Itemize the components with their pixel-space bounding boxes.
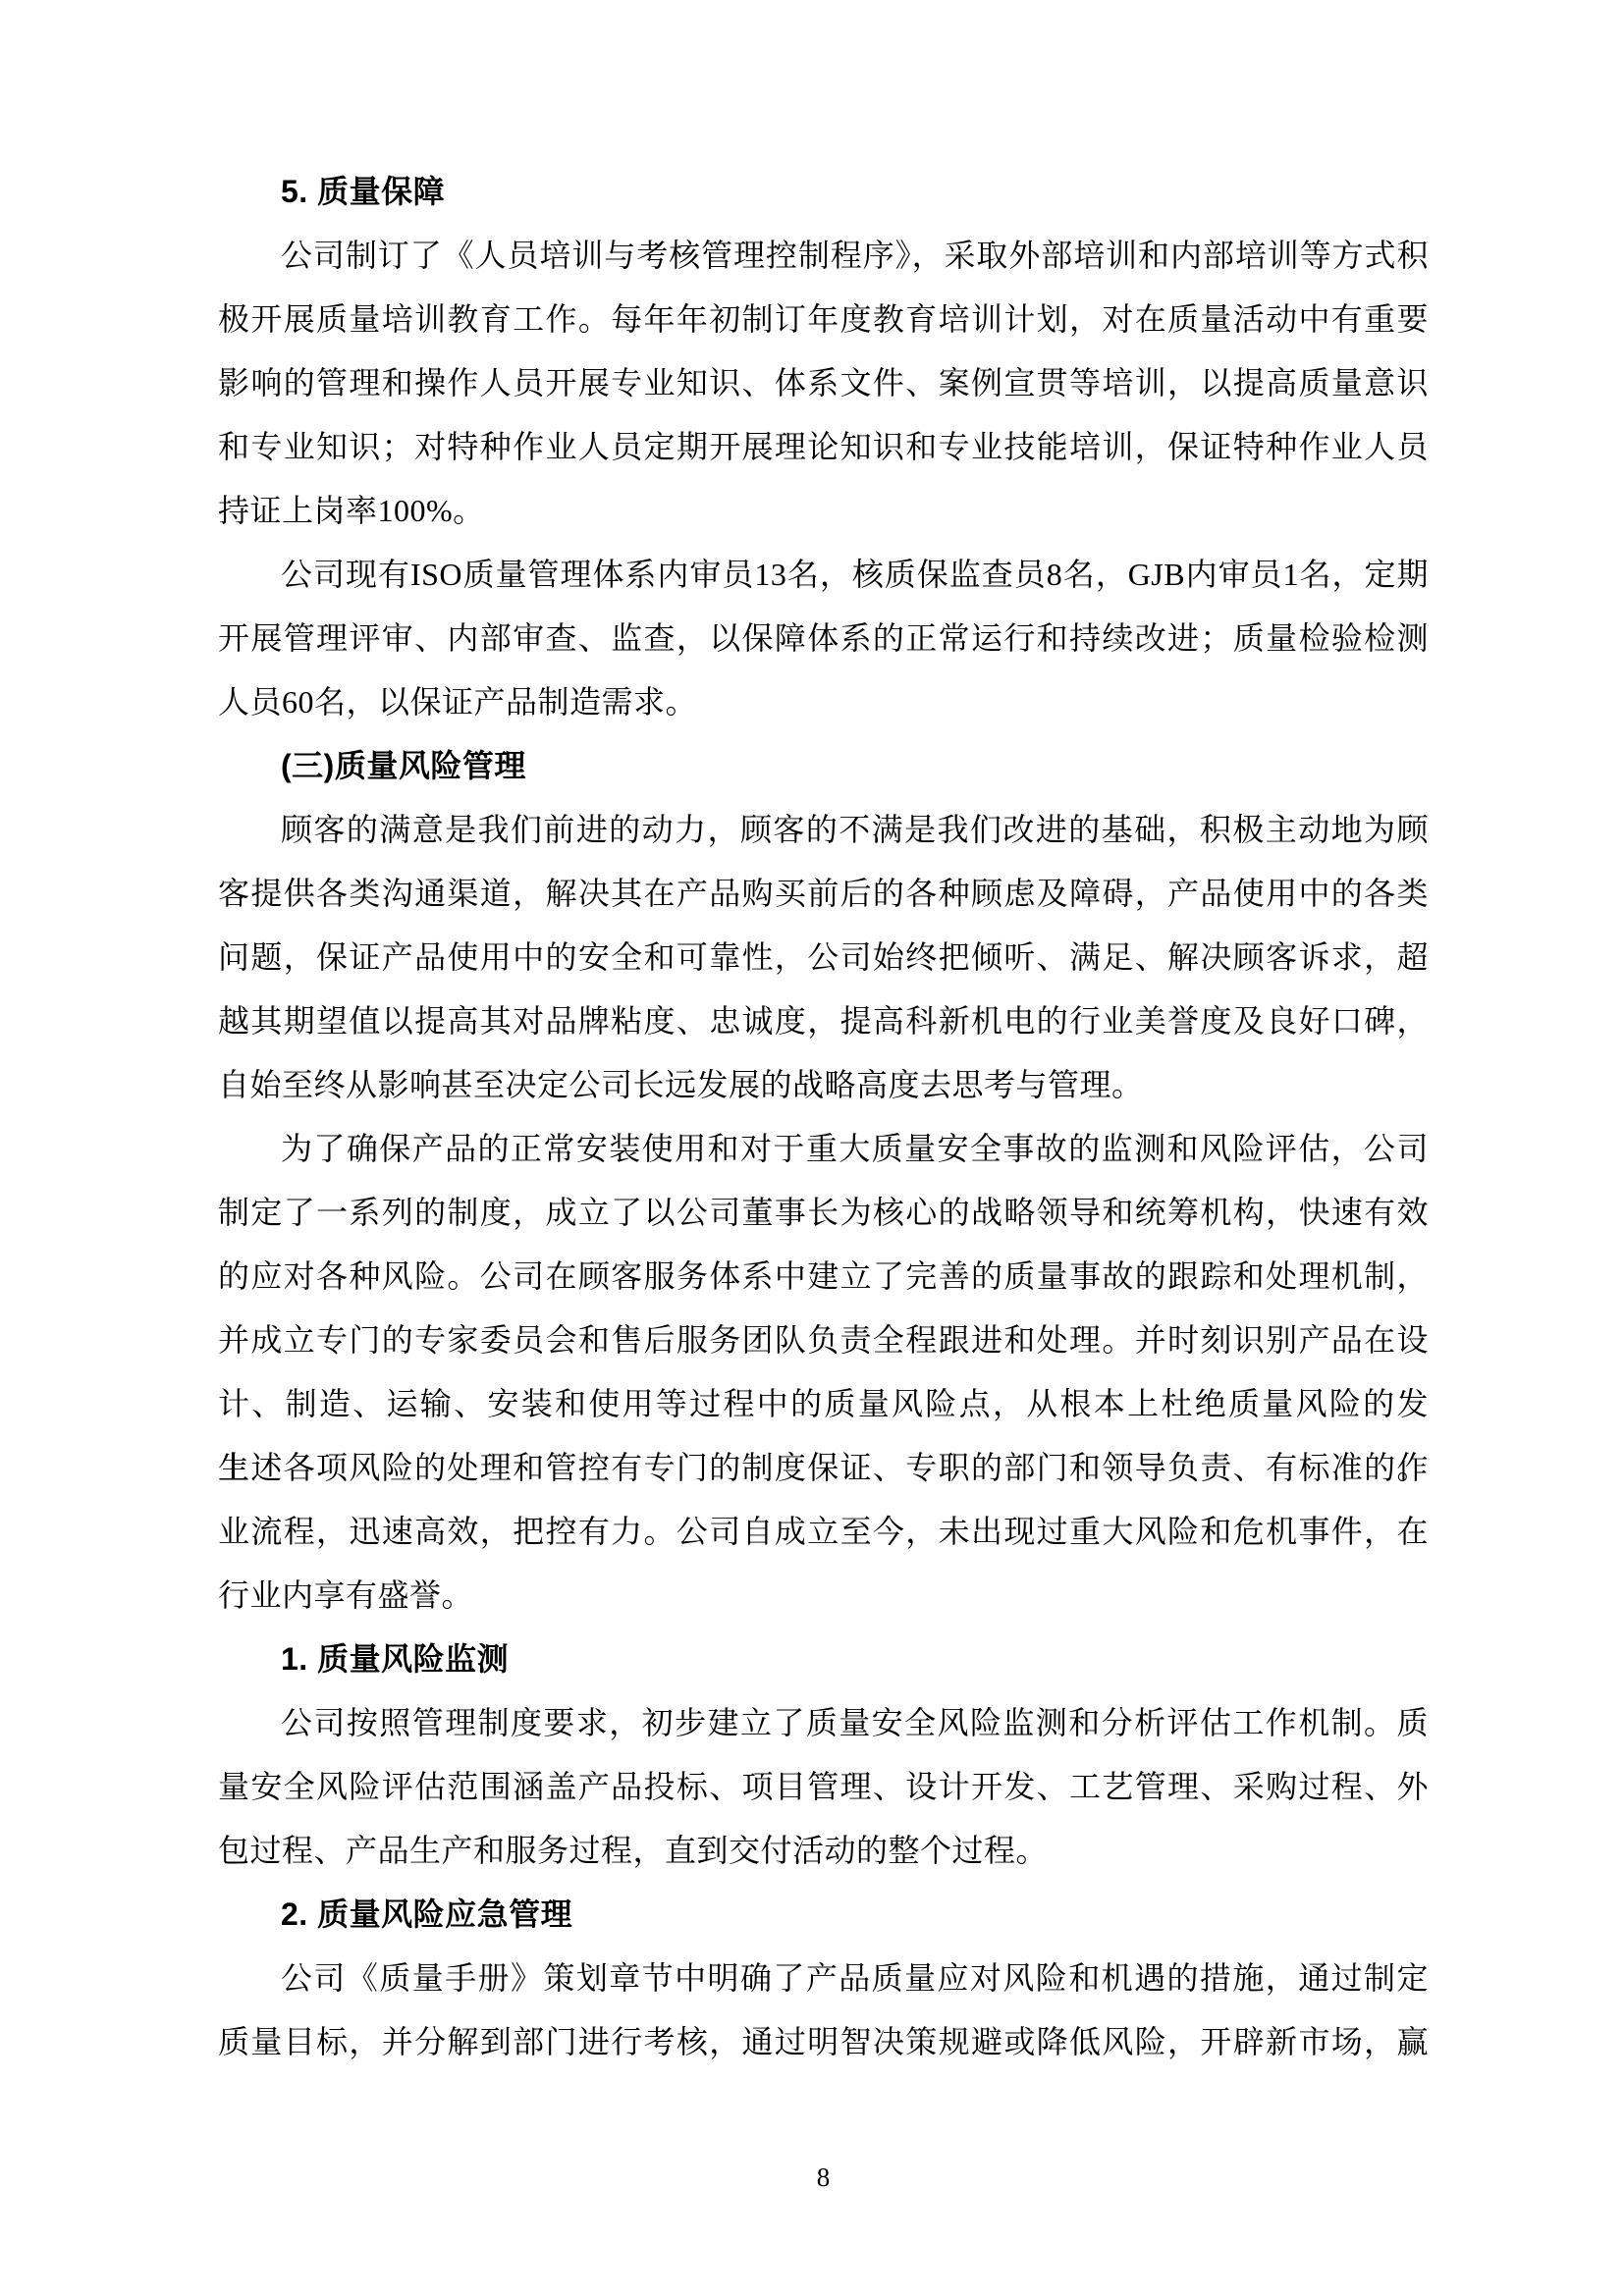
text-line: 公司现有ISO质量管理体系内审员13名，核质保监查员8名，GJB内审员1名，定期 — [218, 543, 1429, 607]
text-line: 包过程、产品生产和服务过程，直到交付活动的整个过程。 — [218, 1819, 1429, 1883]
section-heading: 2. 质量风险应急管理 — [218, 1883, 1429, 1947]
text-line: 顾客的满意是我们前进的动力，顾客的不满是我们改进的基础，积极主动地为顾 — [218, 798, 1429, 862]
text-line: 人员60名，以保证产品制造需求。 — [218, 670, 1429, 734]
document-body: 5. 质量保障公司制订了《人员培训与考核管理控制程序》，采取外部培训和内部培训等… — [218, 160, 1429, 2074]
text-line: 量安全风险评估范围涵盖产品投标、项目管理、设计开发、工艺管理、采购过程、外 — [218, 1755, 1429, 1819]
text-line: 自始至终从影响甚至决定公司长远发展的战略高度去思考与管理。 — [218, 1053, 1429, 1117]
text-line: 极开展质量培训教育工作。每年年初制订年度教育培训计划，对在质量活动中有重要 — [218, 288, 1429, 351]
page-number: 8 — [817, 2163, 831, 2192]
text-line: 的应对各种风险。公司在顾客服务体系中建立了完善的质量事故的跟踪和处理机制， — [218, 1245, 1429, 1308]
text-line: 计、制造、运输、安装和使用等过程中的质量风险点，从根本上杜绝质量风险的发生。 — [218, 1372, 1429, 1436]
page-footer: 8 — [218, 2158, 1429, 2197]
text-line: 上述各项风险的处理和管控有专门的制度保证、专职的部门和领导负责、有标准的作 — [218, 1436, 1429, 1500]
section-heading: 5. 质量保障 — [218, 160, 1429, 224]
text-line: 公司《质量手册》策划章节中明确了产品质量应对风险和机遇的措施，通过制定 — [218, 1947, 1429, 2010]
text-line: 业流程，迅速高效，把控有力。公司自成立至今，未出现过重大风险和危机事件，在 — [218, 1500, 1429, 1564]
section-heading: (三)质量风险管理 — [218, 734, 1429, 798]
text-line: 影响的管理和操作人员开展专业知识、体系文件、案例宣贯等培训，以提高质量意识 — [218, 351, 1429, 415]
document-page: 5. 质量保障公司制订了《人员培训与考核管理控制程序》，采取外部培训和内部培训等… — [0, 0, 1624, 2296]
text-line: 越其期望值以提高其对品牌粘度、忠诚度，提高科新机电的行业美誉度及良好口碑， — [218, 989, 1429, 1053]
text-line: 制定了一系列的制度，成立了以公司董事长为核心的战略领导和统筹机构，快速有效 — [218, 1181, 1429, 1245]
text-line: 公司制订了《人员培训与考核管理控制程序》，采取外部培训和内部培训等方式积 — [218, 224, 1429, 288]
section-heading: 1. 质量风险监测 — [218, 1628, 1429, 1691]
text-line: 行业内享有盛誉。 — [218, 1564, 1429, 1628]
text-line: 客提供各类沟通渠道，解决其在产品购买前后的各种顾虑及障碍，产品使用中的各类 — [218, 862, 1429, 926]
text-line: 并成立专门的专家委员会和售后服务团队负责全程跟进和处理。并时刻识别产品在设 — [218, 1308, 1429, 1372]
text-line: 开展管理评审、内部审查、监查，以保障体系的正常运行和持续改进；质量检验检测 — [218, 607, 1429, 670]
text-line: 质量目标，并分解到部门进行考核，通过明智决策规避或降低风险，开辟新市场，赢 — [218, 2010, 1429, 2074]
text-line: 为了确保产品的正常安装使用和对于重大质量安全事故的监测和风险评估，公司 — [218, 1117, 1429, 1181]
text-line: 公司按照管理制度要求，初步建立了质量安全风险监测和分析评估工作机制。质 — [218, 1691, 1429, 1755]
text-line: 问题，保证产品使用中的安全和可靠性，公司始终把倾听、满足、解决顾客诉求，超 — [218, 926, 1429, 989]
text-line: 持证上岗率100%。 — [218, 479, 1429, 543]
text-line: 和专业知识；对特种作业人员定期开展理论知识和专业技能培训，保证特种作业人员 — [218, 415, 1429, 479]
